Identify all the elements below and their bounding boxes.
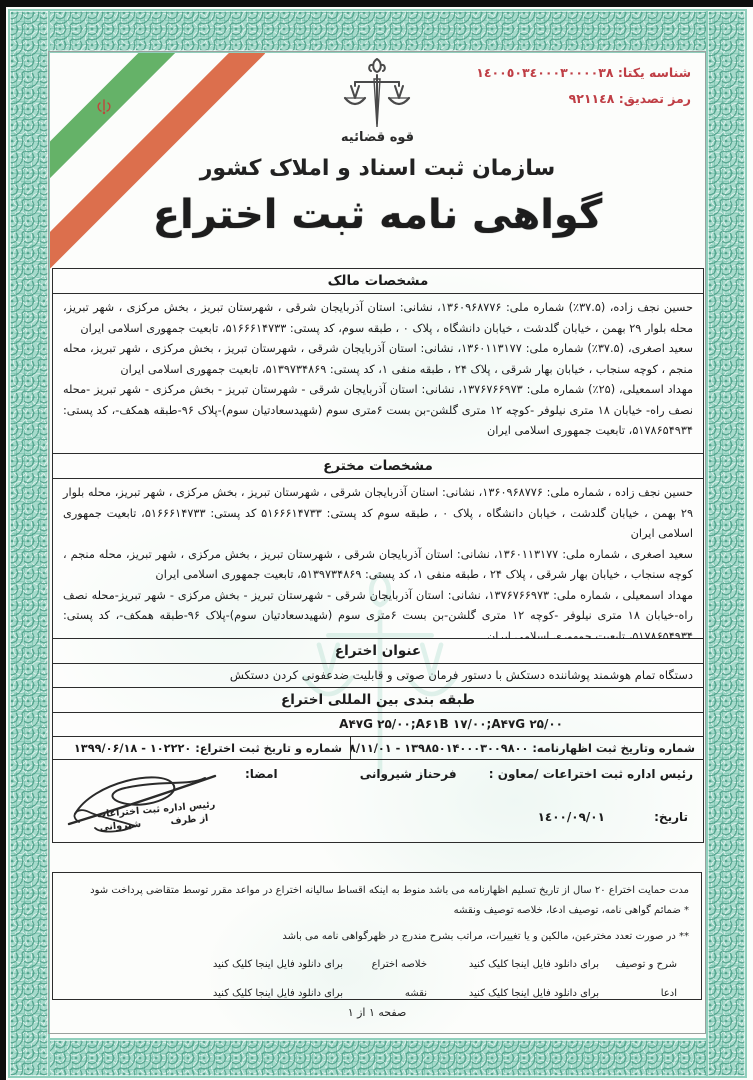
ornamental-border-bottom bbox=[8, 1038, 747, 1078]
ornamental-border-left bbox=[8, 9, 50, 1078]
download-label-drawings: نقشه bbox=[343, 984, 427, 1004]
date-label: تاریخ: bbox=[654, 810, 688, 824]
verify-code-value: ٩٢١١٤٨ bbox=[569, 91, 615, 106]
notes-box: مدت حمایت اختراع ۲۰ سال از تاریخ تسلیم ا… bbox=[52, 872, 702, 1000]
date-value: ١٤٠٠/٠٩/٠١ bbox=[538, 810, 605, 824]
inventor-entry: حسین نجف زاده ، شماره ملی: ۱۳۶۰۹۶۸۷۷۶، ن… bbox=[63, 483, 693, 545]
note-duration: مدت حمایت اختراع ۲۰ سال از تاریخ تسلیم ا… bbox=[65, 881, 689, 901]
numbers-row: شماره وتاریخ ثبت اظهارنامه: ۱۳۹۸۵۰۱۴۰۰۰۳… bbox=[53, 737, 703, 760]
application-number-value: ۱۳۹۸۵۰۱۴۰۰۰۳۰۰۹۸۰۰ - ۱۳۹۸/۱۱/۰۱ bbox=[351, 742, 528, 755]
download-label-claims: ادعا bbox=[599, 984, 677, 1004]
judiciary-caption: قوه قضائیه bbox=[250, 130, 505, 145]
unique-id-value: ١٤٠٠٥٠٣٤٠٠٠٣٠٠٠٠٣٨ bbox=[476, 65, 613, 80]
download-link-claims[interactable]: برای دانلود فایل اینجا کلیک کنید bbox=[427, 984, 599, 1004]
inventor-entry: مهداد اسمعیلی ، شماره ملی: ۱۳۷۶۷۶۶۹۷۳، ن… bbox=[63, 586, 693, 640]
registration-number-label: شماره و تاریخ ثبت اختراع: bbox=[195, 742, 342, 755]
registration-number-cell: شماره و تاریخ ثبت اختراع: ۱۰۲۲۲۰ - ۱۳۹۹/… bbox=[53, 737, 351, 759]
unique-id-line: شناسه یکتا: ١٤٠٠٥٠٣٤٠٠٠٣٠٠٠٠٣٨ bbox=[476, 60, 691, 86]
unique-id-label: شناسه یکتا: bbox=[618, 65, 691, 80]
chief-name: فرحناز شیروانی bbox=[360, 767, 457, 781]
inventor-section-body: حسین نجف زاده ، شماره ملی: ۱۳۶۰۹۶۸۷۷۶، ن… bbox=[53, 479, 703, 639]
certificate-identifiers: شناسه یکتا: ١٤٠٠٥٠٣٤٠٠٠٣٠٠٠٠٣٨ رمز تصدیق… bbox=[476, 60, 691, 112]
page-number: صفحه ۱ از ۱ bbox=[52, 1006, 702, 1019]
invention-title-value: دستگاه تمام هوشمند پوشاننده دستکش با دست… bbox=[53, 664, 703, 688]
signature-label: امضا: bbox=[245, 767, 278, 781]
chief-label: رئیس اداره ثبت اختراعات /معاون : bbox=[489, 767, 693, 781]
chief-line: رئیس اداره ثبت اختراعات /معاون : فرحناز … bbox=[360, 767, 693, 781]
download-link-drawings[interactable]: برای دانلود فایل اینجا کلیک کنید bbox=[171, 984, 343, 1004]
owner-entry: حسین نجف زاده، (۳۷.۵٪) شماره ملی: ۱۳۶۰۹۶… bbox=[63, 298, 693, 339]
invention-title-heading: عنوان اختراع bbox=[53, 639, 703, 664]
ornamental-border-right bbox=[706, 9, 747, 1078]
download-link-abstract[interactable]: برای دانلود فایل اینجا کلیک کنید bbox=[171, 955, 343, 975]
application-number-label: شماره وتاریخ ثبت اظهارنامه: bbox=[532, 742, 695, 755]
organization-name: سازمان ثبت اسناد و املاک کشور bbox=[130, 156, 625, 181]
registration-number-value: ۱۰۲۲۲۰ - ۱۳۹۹/۰۶/۱۸ bbox=[74, 742, 191, 755]
download-link-description[interactable]: برای دانلود فایل اینجا کلیک کنید bbox=[427, 955, 599, 975]
download-label-description: شرح و توصیف bbox=[599, 955, 677, 975]
owner-section-body: حسین نجف زاده، (۳۷.۵٪) شماره ملی: ۱۳۶۰۹۶… bbox=[53, 294, 703, 454]
note-attachments: * ضمائم گواهی نامه، توصیف ادعا، خلاصه تو… bbox=[65, 901, 689, 921]
owner-entry: سعید اصغری، (۳۷.۵٪) شماره ملی: ۱۳۶۰۱۱۳۱۷… bbox=[63, 339, 693, 380]
flag-allah-emblem-icon bbox=[94, 97, 114, 117]
download-label-abstract: خلاصه اختراع bbox=[343, 955, 427, 975]
inventor-section-heading: مشخصات مخترع bbox=[53, 454, 703, 479]
certificate-table: مشخصات مالک حسین نجف زاده، (۳۷.۵٪) شماره… bbox=[52, 268, 704, 843]
owner-entry: مهداد اسمعیلی، (۲۵٪) شماره ملی: ۱۳۷۶۷۶۶۹… bbox=[63, 380, 693, 442]
certificate-page: شناسه یکتا: ١٤٠٠٥٠٣٤٠٠٠٣٠٠٠٠٣٨ رمز تصدیق… bbox=[0, 0, 753, 1080]
classification-heading: طبقه بندی بین المللی اختراع bbox=[53, 688, 703, 713]
download-links-table: شرح و توصیف برای دانلود فایل اینجا کلیک … bbox=[65, 955, 677, 1004]
application-number-cell: شماره وتاریخ ثبت اظهارنامه: ۱۳۹۸۵۰۱۴۰۰۰۳… bbox=[351, 737, 703, 759]
inventor-entry: سعید اصغری ، شماره ملی: ۱۳۶۰۱۱۳۱۷۷، نشان… bbox=[63, 545, 693, 586]
page-title: گواهی نامه ثبت اختراع bbox=[80, 192, 675, 238]
note-multiplicity: ** در صورت تعدد مخترعین، مالکین و یا تغی… bbox=[65, 927, 689, 947]
ornamental-border-top bbox=[8, 9, 747, 53]
verify-code-label: رمز تصدیق: bbox=[619, 91, 691, 106]
owner-section-heading: مشخصات مالک bbox=[53, 269, 703, 294]
signature-row: رئیس اداره ثبت اختراعات /معاون : فرحناز … bbox=[53, 760, 703, 842]
classification-value: A۴۷G ۲۵/۰۰;A۶۱B ۱۷/۰۰;A۴۷G ۲۵/۰۰ bbox=[53, 713, 703, 737]
date-line: تاریخ: ١٤٠٠/٠٩/٠١ bbox=[538, 810, 688, 824]
scales-of-justice-icon bbox=[341, 55, 413, 133]
verify-code-line: رمز تصدیق: ٩٢١١٤٨ bbox=[476, 86, 691, 112]
